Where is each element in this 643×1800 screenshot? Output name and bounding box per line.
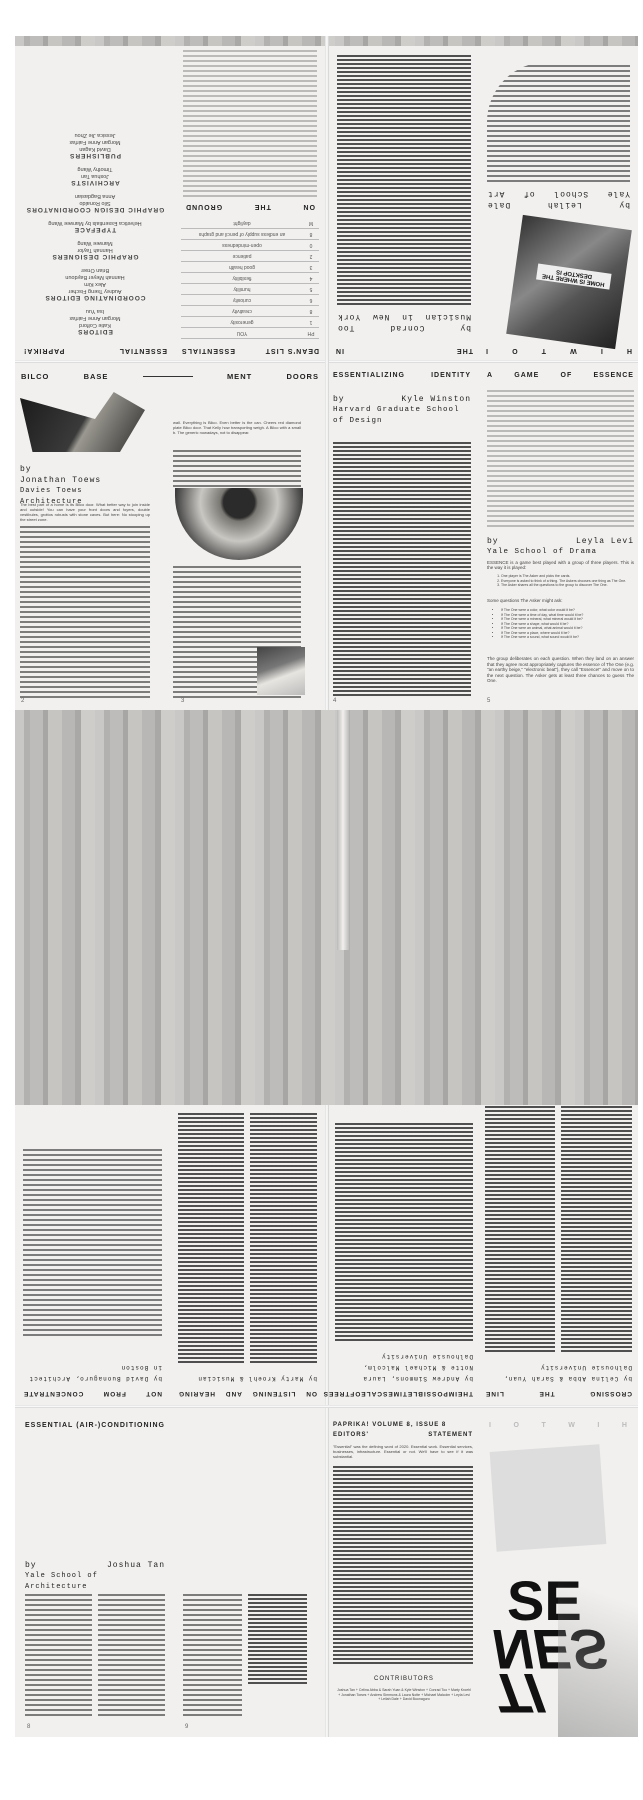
essentials-table: PHYOU 1generosity 8creativity 6curiosity… bbox=[181, 218, 319, 339]
byline-author: Kyle Winston bbox=[401, 394, 471, 405]
text-column bbox=[178, 1113, 245, 1363]
title-letter: T bbox=[541, 347, 546, 354]
credit-name: Hannah Taylor bbox=[15, 246, 175, 253]
byline-word: School bbox=[553, 188, 588, 199]
essentializing-identity-page: ESSENTIALIZING IDENTITY byKyle Winston H… bbox=[329, 360, 479, 710]
row-number: 0 bbox=[303, 242, 319, 248]
byline-by: by bbox=[333, 394, 345, 405]
table-row: 8creativity bbox=[181, 306, 319, 317]
title-word: CROSSING bbox=[589, 1390, 632, 1397]
byline: byJoshua Tan Yale School of Architecture bbox=[25, 1560, 165, 1593]
row-number: M bbox=[303, 220, 319, 226]
credit-role: GRAPHIC DESIGN COORDINATORS bbox=[15, 206, 175, 213]
credit-name: Helvetica Essentials by Marwee Wang bbox=[15, 219, 175, 226]
page-header-left: ESSENTIAL bbox=[119, 347, 167, 354]
row-number: 6 bbox=[303, 297, 319, 303]
text-column bbox=[251, 1113, 318, 1363]
conrad-too-page: THE IN byConradToo MusicianinNewYork bbox=[329, 46, 479, 360]
game-outro: The group deliberates on each question. … bbox=[487, 656, 634, 684]
article-title: ESSENTIAL (AIR-)CONDITIONING bbox=[25, 1422, 165, 1429]
byline-word: Art bbox=[487, 188, 504, 199]
hazmat-suit-photo bbox=[257, 647, 305, 695]
title-word: BILCO bbox=[21, 372, 49, 381]
table-row: 4flexibility bbox=[181, 273, 319, 284]
title-word: THE bbox=[539, 1390, 555, 1397]
page-number: 5 bbox=[487, 698, 490, 704]
title-word: GROUND bbox=[185, 203, 222, 210]
title-letter: W bbox=[568, 1422, 576, 1429]
byline: byKyle Winston Harvard Graduate School o… bbox=[333, 394, 471, 427]
page-header-right: ESSENTIALS bbox=[181, 347, 235, 354]
title-word: CONCENTRATE bbox=[23, 1390, 83, 1397]
title-letter: I bbox=[600, 347, 603, 354]
table-row: 0open-mindedness bbox=[181, 240, 319, 251]
table-row: 5humility bbox=[181, 284, 319, 295]
table-row: 6curiosity bbox=[181, 295, 319, 306]
page-number: 4 bbox=[333, 698, 336, 704]
credit-name: David Kagan bbox=[15, 145, 175, 152]
ghost-photo bbox=[490, 1444, 607, 1551]
table-row: 8an endless supply of pencil and graphs bbox=[181, 229, 319, 240]
title-letters: I O T W I H bbox=[489, 1422, 628, 1429]
contributors-list: Joshua Tan + Celina Abba & Sarah Yuan & … bbox=[337, 1688, 471, 1702]
byline-word: Musician bbox=[425, 311, 471, 322]
air-conditioning-page: ESSENTIAL (AIR-)CONDITIONING byJoshua Ta… bbox=[15, 1408, 325, 1737]
row-number: 2 bbox=[303, 253, 319, 259]
title-word: THE bbox=[254, 203, 271, 210]
byline-by: by bbox=[20, 464, 32, 475]
text-column bbox=[25, 1594, 92, 1719]
article-title: BILCO BASE MENT DOORS bbox=[21, 372, 319, 381]
title-word: GAME bbox=[514, 372, 539, 379]
credit-name: Joshua Tan bbox=[15, 172, 175, 179]
page-header-left: DEAN'S LIST bbox=[265, 347, 319, 354]
game-intro: ESSENCE is a game best played with a gro… bbox=[487, 560, 634, 570]
statement-body: "Essential" was the defining word of 202… bbox=[333, 1444, 473, 1459]
table-row: Mdaylight bbox=[181, 218, 319, 229]
article-text bbox=[173, 450, 301, 490]
byline-word: Yale bbox=[607, 188, 630, 199]
byline-affiliation: Yale School of Drama bbox=[487, 547, 597, 558]
title-word: NOT bbox=[145, 1390, 162, 1397]
text-column bbox=[485, 1105, 556, 1352]
text-column bbox=[248, 1594, 307, 1684]
article-text-col2: wall. Everything is Bilco. Even better i… bbox=[173, 420, 301, 435]
desktop-photo: HOME IS WHERE THE DESKTOP IS bbox=[506, 215, 632, 349]
article-text bbox=[23, 1146, 162, 1336]
credit-name: Isa Yuu bbox=[15, 307, 175, 314]
row-item: curiosity bbox=[181, 297, 303, 303]
title-word: ESSENTIAL bbox=[25, 1422, 73, 1429]
photo-caption: HOME IS WHERE THE DESKTOP IS bbox=[536, 264, 612, 290]
title-word: DOORS bbox=[286, 372, 319, 381]
bilco-door-photo bbox=[20, 392, 145, 452]
row-number: 5 bbox=[303, 286, 319, 292]
article-intro: The best part of a home is its Bilco doo… bbox=[20, 502, 150, 522]
credits-list: EDITORS Katie Colford Morgan Anne Fairfa… bbox=[15, 131, 175, 347]
row-number: 8 bbox=[303, 308, 319, 314]
title-word: STATEMENT bbox=[428, 1432, 473, 1438]
credit-name: Anna Bagdasian bbox=[15, 192, 175, 199]
title-word: EDITORS' bbox=[333, 1432, 369, 1438]
row-item: open-mindedness bbox=[181, 242, 303, 248]
row-item: humility bbox=[181, 286, 303, 292]
title-word: ON bbox=[305, 1390, 317, 1397]
contributors-heading: CONTRIBUTORS bbox=[329, 1676, 479, 1682]
article-title: A GAME OF ESSENCE bbox=[487, 372, 634, 379]
title-letter: T bbox=[541, 1422, 546, 1429]
title-word: IMPOSSIBLE bbox=[407, 1390, 457, 1397]
article-text bbox=[337, 55, 471, 305]
byline-affiliation: Harvard Graduate School of Design bbox=[333, 405, 471, 427]
table-header-cell: YOU bbox=[181, 330, 303, 336]
bilco-basement-doors-page: BILCO BASE MENT DOORS by Jonathan Toews … bbox=[15, 360, 325, 710]
page-number: 3 bbox=[181, 698, 184, 704]
row-item: an endless supply of pencil and graphs bbox=[181, 231, 303, 237]
masthead-page: ESSENTIAL PAPRIKA! EDITORS Katie Colford… bbox=[15, 46, 175, 360]
byline-word: of bbox=[523, 188, 535, 199]
game-of-essence-page: A GAME OF ESSENCE byLeyla Levi Yale Scho… bbox=[479, 360, 638, 710]
title-word: OF bbox=[561, 372, 573, 379]
credit-name: Alex Kim bbox=[15, 280, 175, 287]
title-word: (AIR-)CONDITIONING bbox=[76, 1422, 165, 1429]
byline-word: Conrad bbox=[390, 322, 425, 333]
page-curl-shadow bbox=[558, 1537, 638, 1737]
scan-highlight bbox=[337, 710, 349, 950]
byline: byConradToo MusicianinNewYork bbox=[329, 311, 479, 347]
title-letter: I bbox=[485, 347, 488, 354]
credit-name: Jessica Jie Zhou bbox=[15, 131, 175, 138]
byline-word: by bbox=[459, 322, 471, 333]
row-number: 3 bbox=[303, 264, 319, 270]
title-word: THE bbox=[457, 1390, 473, 1397]
row-item: daylight bbox=[181, 220, 303, 226]
table-row: 1generosity bbox=[181, 317, 319, 328]
table-header-cell: PH bbox=[303, 330, 319, 336]
credit-name: Audrey Tseng Fischer bbox=[15, 287, 175, 294]
title-letter: I bbox=[597, 1422, 600, 1429]
article-title: ON LISTENING AND HEARING bbox=[170, 1390, 325, 1405]
article-text bbox=[333, 442, 471, 698]
byline: by Marty Kroehl & Musician bbox=[170, 1367, 325, 1390]
credit-name: Timothy Wang bbox=[15, 165, 175, 172]
page-header-right: IN bbox=[335, 347, 344, 354]
deans-list-page: DEAN'S LIST ESSENTIALS PHYOU 1generosity… bbox=[175, 46, 325, 360]
title-letter: H bbox=[622, 1422, 628, 1429]
title-word: MENT bbox=[227, 372, 252, 381]
title-word: FROM bbox=[103, 1390, 126, 1397]
page-header-right: PAPRIKA! bbox=[23, 347, 64, 354]
title-word: ESSENCE bbox=[594, 372, 634, 379]
row-item: flexibility bbox=[181, 275, 303, 281]
credit-role: ARCHIVISTS bbox=[15, 179, 175, 186]
leilah-dale-page: H I W T O I HOME IS WHERE THE DESKTOP IS… bbox=[479, 46, 638, 360]
row-item: good health bbox=[181, 264, 303, 270]
row-number: 4 bbox=[303, 275, 319, 281]
credit-role: GRAPHIC DESIGNERS bbox=[15, 253, 175, 260]
row-number: 1 bbox=[303, 319, 319, 325]
article-text bbox=[487, 62, 630, 182]
article-title: THE IMPOSSIBLE TIMESCALE OF TREES bbox=[329, 1390, 479, 1405]
credit-role: PUBLISHERS bbox=[15, 152, 175, 159]
article-title: NOT FROM CONCENTRATE bbox=[15, 1390, 170, 1405]
credit-role: COORDINATING EDITORS bbox=[15, 294, 175, 301]
title-word: ON bbox=[303, 203, 316, 210]
table-row: 3good health bbox=[181, 262, 319, 273]
byline-word: Dale bbox=[487, 199, 510, 210]
statement-text bbox=[333, 1466, 473, 1666]
statement-title: EDITORS' STATEMENT bbox=[333, 1432, 473, 1438]
byline: byLeyla Levi Yale School of Drama bbox=[487, 536, 634, 558]
byline-word: in bbox=[401, 311, 413, 322]
issue-title: PAPRIKA! VOLUME 8, ISSUE 8 bbox=[333, 1422, 473, 1428]
man-in-doorway-photo bbox=[175, 488, 303, 560]
byline-by: by bbox=[25, 1560, 37, 1571]
text-column bbox=[98, 1594, 165, 1719]
title-letter: W bbox=[569, 347, 577, 354]
byline-word: York bbox=[337, 311, 360, 322]
title-letter: O bbox=[513, 1422, 519, 1429]
title-word: BASE bbox=[84, 372, 109, 381]
title-word: OF bbox=[349, 1390, 360, 1397]
credit-role: TYPEFACE bbox=[15, 226, 175, 233]
section-title: ON THE GROUND bbox=[175, 203, 325, 218]
question-list: If The One were a color, what color woul… bbox=[493, 608, 628, 640]
question-item: If The One were a sound, what sound woul… bbox=[501, 635, 628, 640]
questions-label: Some questions The Asker might ask: bbox=[487, 598, 634, 603]
byline: by Celina Abba & Sarah Yuan, Dalhousie U… bbox=[479, 1356, 638, 1390]
title-word: HEARING bbox=[178, 1390, 215, 1397]
byline: by David Buonaguro, Architect in Boston bbox=[15, 1356, 170, 1390]
text-column bbox=[562, 1105, 633, 1352]
title-word: IDENTITY bbox=[431, 372, 471, 379]
row-item: patience bbox=[181, 253, 303, 259]
byline-author: Leyla Levi bbox=[576, 536, 634, 547]
page-number: 8 bbox=[27, 1724, 30, 1730]
credit-role: EDITORS bbox=[15, 328, 175, 335]
byline: by Andrew Simmons, Laura Notte & Michael… bbox=[329, 1345, 479, 1390]
title-rule bbox=[143, 376, 193, 381]
row-item: generosity bbox=[181, 319, 303, 325]
byline-word: Too bbox=[337, 322, 354, 333]
row-number: 8 bbox=[303, 231, 319, 237]
credit-name: Morgan Anne Fairfax bbox=[15, 314, 175, 321]
title-word: ESSENTIALIZING bbox=[333, 372, 405, 379]
crossing-the-line-page: CROSSING THE LINE by Celina Abba & Sarah… bbox=[479, 1105, 638, 1405]
page-header-left: THE bbox=[456, 347, 473, 354]
title-word: A bbox=[487, 372, 493, 379]
byline-author: Joshua Tan bbox=[107, 1560, 165, 1571]
byline: byLeilahDale YaleSchoolofArt bbox=[487, 188, 630, 210]
byline-affiliation: Yale School of Architecture bbox=[25, 1571, 165, 1593]
credit-name: Hannah Meyer Baydoun bbox=[15, 273, 175, 280]
editors-statement-page: PAPRIKA! VOLUME 8, ISSUE 8 EDITORS' STAT… bbox=[329, 1408, 479, 1737]
credit-name: Morgan Anne Fairfax bbox=[15, 138, 175, 145]
credit-name: Marwee Wang bbox=[15, 239, 175, 246]
back-cover-curl: I O T W I H SE NES TI bbox=[479, 1408, 638, 1737]
article-title: ESSENTIALIZING IDENTITY bbox=[333, 372, 471, 379]
text-column bbox=[183, 1594, 242, 1719]
not-from-concentrate-page: NOT FROM CONCENTRATE by David Buonaguro,… bbox=[15, 1105, 170, 1405]
bleed-through-text bbox=[487, 390, 634, 530]
byline-word: by bbox=[618, 199, 630, 210]
title-word: LISTENING bbox=[252, 1390, 296, 1397]
text-columns bbox=[183, 47, 317, 197]
scan-artifact-band bbox=[15, 710, 638, 1105]
byline-word: Leilah bbox=[547, 199, 582, 210]
byline-word: New bbox=[372, 311, 389, 322]
title-word: TREES bbox=[323, 1390, 350, 1397]
table-row: 2patience bbox=[181, 251, 319, 262]
title-word: LINE bbox=[485, 1390, 504, 1397]
title-letter: O bbox=[511, 347, 517, 354]
byline-by: by bbox=[487, 536, 499, 547]
game-steps: One player is The Asker and picks the ca… bbox=[493, 574, 628, 588]
impossible-timescale-page: THE IMPOSSIBLE TIMESCALE OF TREES by And… bbox=[329, 1105, 479, 1405]
page-number: 9 bbox=[185, 1724, 188, 1730]
title-word: AND bbox=[225, 1390, 242, 1397]
title-letter: I bbox=[489, 1422, 492, 1429]
article-text bbox=[335, 1121, 473, 1341]
listening-hearing-page: ON LISTENING AND HEARING by Marty Kroehl… bbox=[170, 1105, 325, 1405]
credit-name: Brian Orser bbox=[15, 266, 175, 273]
page-number: 2 bbox=[21, 698, 24, 704]
row-item: creativity bbox=[181, 308, 303, 314]
credit-name: Katie Colford bbox=[15, 321, 175, 328]
title-letter: H bbox=[626, 347, 632, 354]
step-item: The Asker shares all the questions to th… bbox=[501, 583, 628, 588]
article-title: CROSSING THE LINE bbox=[479, 1390, 638, 1405]
top-spread: ESSENTIAL PAPRIKA! EDITORS Katie Colford… bbox=[15, 36, 638, 360]
title-word: TIMESCALE bbox=[360, 1390, 407, 1397]
middle-spread: BILCO BASE MENT DOORS by Jonathan Toews … bbox=[15, 360, 638, 710]
article-text bbox=[20, 526, 150, 698]
byline-author: Jonathan Toews bbox=[20, 475, 101, 486]
bottom-spread: NOT FROM CONCENTRATE by David Buonaguro,… bbox=[15, 1105, 638, 1737]
credit-name: Silo Ronaldo bbox=[15, 199, 175, 206]
